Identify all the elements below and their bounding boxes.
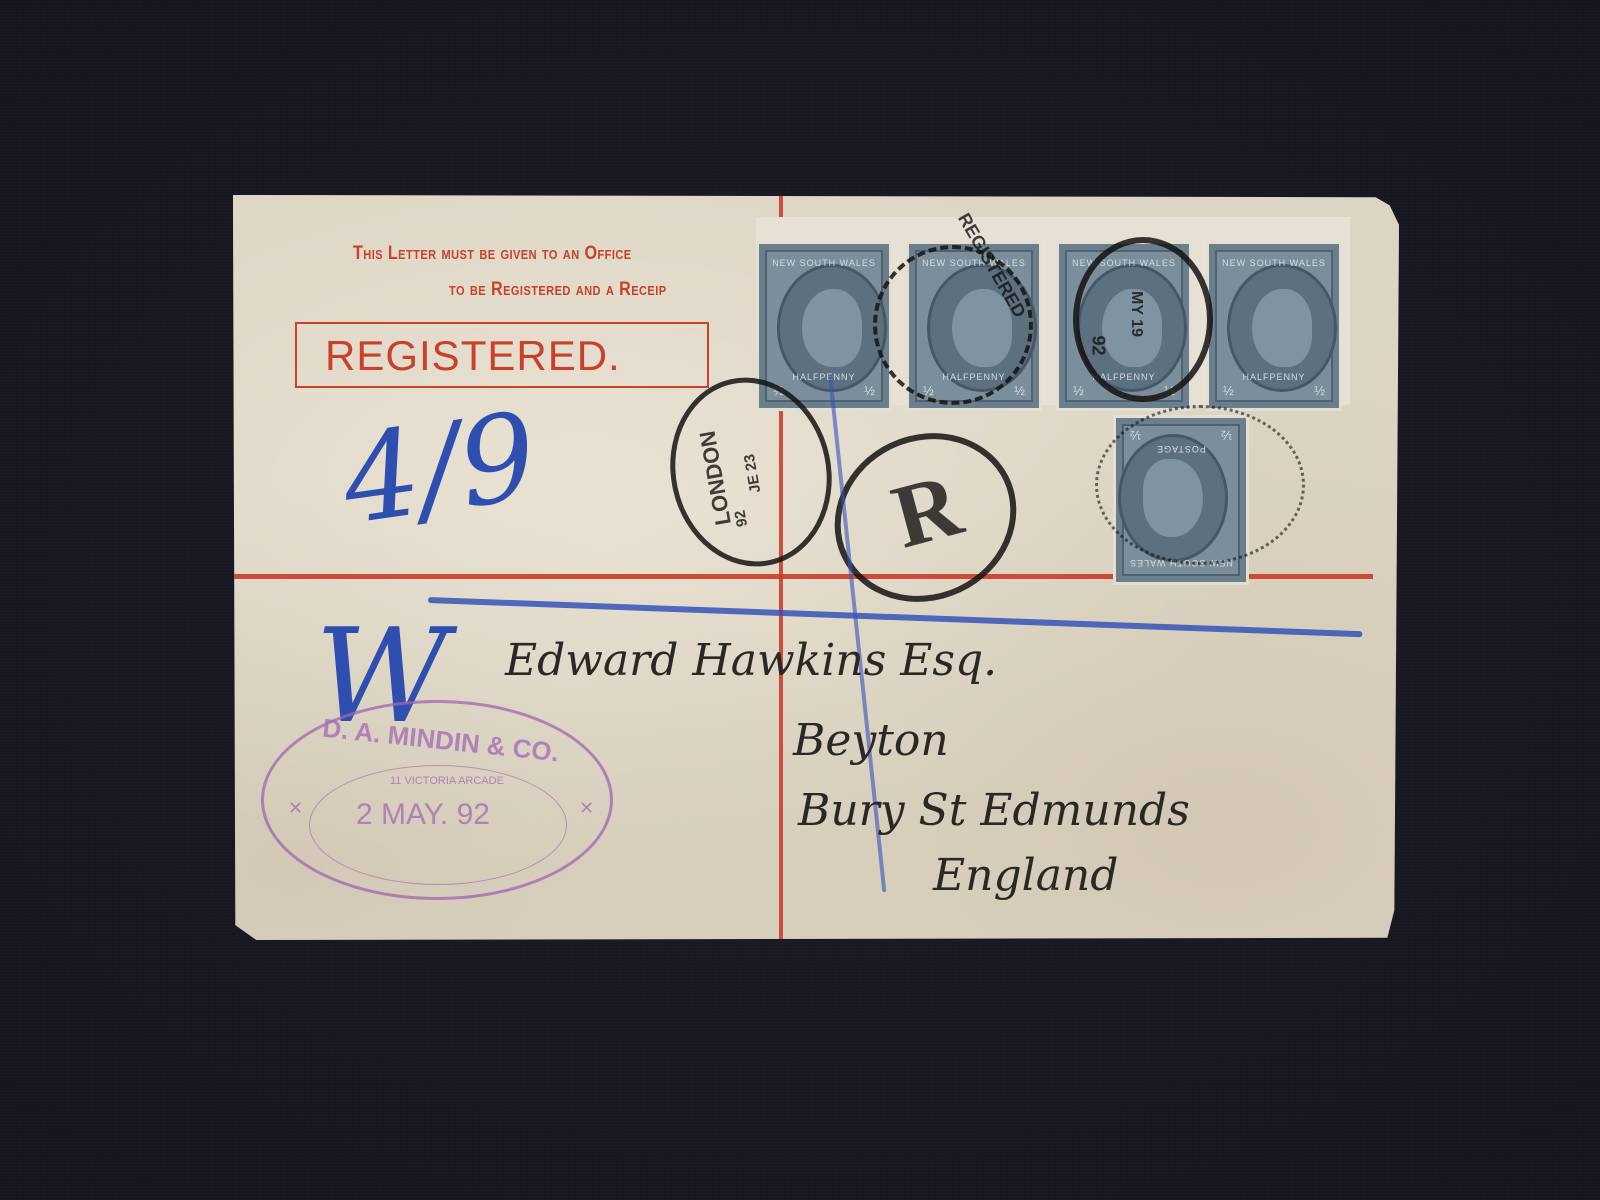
star-ornament-icon: ✕ <box>579 798 594 819</box>
address-line-village: Beyton <box>793 715 949 766</box>
address-line-town: Bury St Edmunds <box>798 785 1190 836</box>
registered-box: REGISTERED. <box>295 322 709 388</box>
blue-pencil-underline <box>428 597 1363 637</box>
queen-portrait-icon <box>1252 289 1312 367</box>
pencil-fee-mark: 4/9 <box>334 387 545 552</box>
queen-portrait-icon <box>802 289 862 367</box>
registered-label: REGISTERED. <box>325 332 621 380</box>
sydney-registered-postmark <box>873 245 1033 405</box>
sender-handstamp: D. A. MINDIN & CO. 11 VICTORIA ARCADE 2 … <box>261 700 613 900</box>
address-line-country: England <box>933 850 1118 901</box>
faint-postmark <box>1095 405 1305 565</box>
stamp-strip: NEW SOUTH WALES HALFPENNY ½ ½ NEW SOUTH … <box>756 217 1350 405</box>
registered-envelope: This Letter must be given to an Office t… <box>233 195 1399 940</box>
stamp: NEW SOUTH WALES HALFPENNY ½ ½ <box>1206 241 1342 411</box>
printed-notice-line-2: to be Registered and a Receip <box>449 279 667 301</box>
address-line-name: Edward Hawkins Esq. <box>505 635 997 686</box>
star-ornament-icon: ✕ <box>288 798 303 819</box>
printed-notice-line-1: This Letter must be given to an Office <box>353 243 632 265</box>
